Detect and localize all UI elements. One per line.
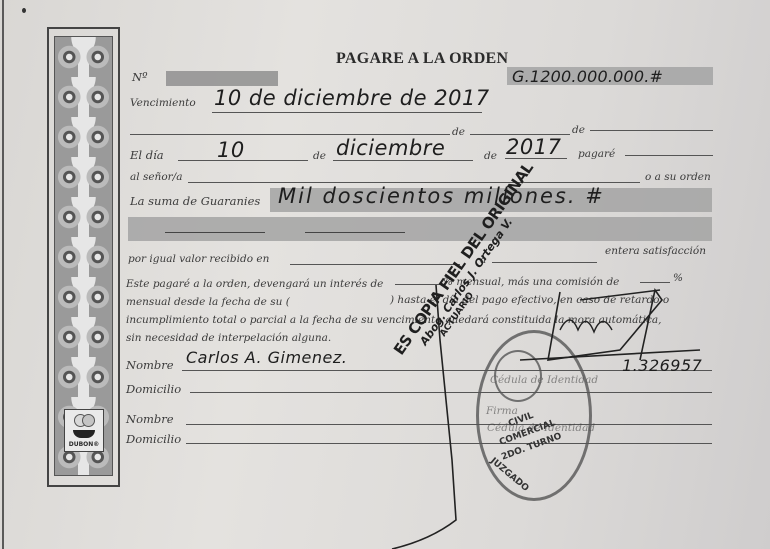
signature-strokes [0,0,770,549]
